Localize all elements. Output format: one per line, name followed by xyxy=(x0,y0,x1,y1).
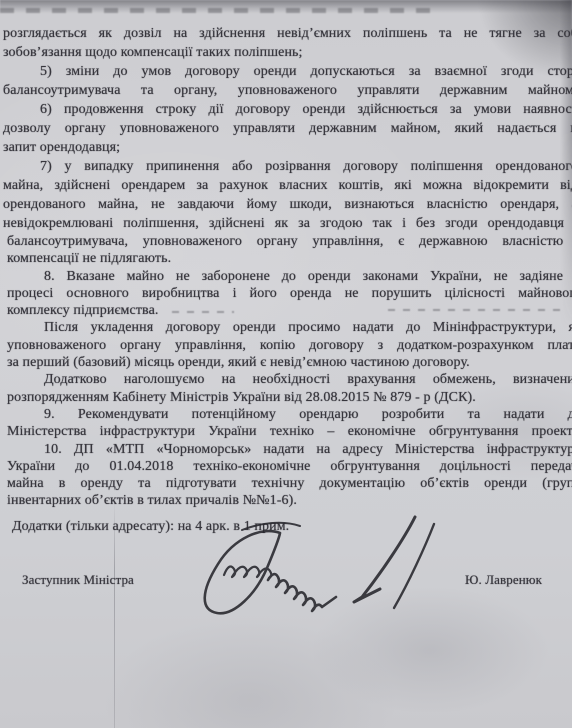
letter-paragraphs-lower: балансоутримувача, уповноваженого органу… xyxy=(0,233,572,510)
letter-paragraphs-upper: розглядається як дозвіл на здійснення не… xyxy=(0,0,572,233)
text-line: балансоутримувача та органу, уповноважен… xyxy=(3,81,572,100)
scanned-letter-page: розглядається як дозвіл на здійснення не… xyxy=(0,0,572,728)
text-line: 6) продовження строку дії договору оренд… xyxy=(3,100,572,119)
text-line: інвентарних об’єктів в тилах причалів №№… xyxy=(7,492,572,509)
text-line: за перший (базовий) місяць оренди, який … xyxy=(7,354,572,371)
signoff-row: Заступник Міністра Ю. Лавренюк xyxy=(0,572,572,588)
text-line: майна, здійснені орендарем за рахунок вл… xyxy=(3,176,572,195)
text-line: розпорядженням Кабінету Міністрів Україн… xyxy=(7,389,572,406)
text-line: комплексу підприємства. xyxy=(7,302,572,319)
text-line: майна в оренду та підготувати технічну д… xyxy=(7,475,572,492)
text-line: Міністерства інфраструктури України техн… xyxy=(7,423,572,440)
text-line: уповноваженого органу управління, копію … xyxy=(7,337,572,354)
text-line: балансоутримувача, уповноваженого органу… xyxy=(7,233,572,250)
text-line: невідокремлювані поліпшення, здійснені я… xyxy=(3,214,572,233)
text-line: запит орендодавця; xyxy=(3,138,572,157)
text-line: процесі основного виробництва і його оре… xyxy=(7,285,572,302)
text-line: 10. ДП «МТП «Чорноморськ» надати на адре… xyxy=(7,441,572,458)
text-line: Після укладення договору оренди просимо … xyxy=(7,319,572,336)
text-line: 9. Рекомендувати потенційному орендарю р… xyxy=(7,406,572,423)
signer-name: Ю. Лавренюк xyxy=(465,572,542,588)
text-line: компенсації не підлягають. xyxy=(7,250,572,267)
text-line: 7) у випадку припинення або розірвання д… xyxy=(3,157,572,176)
text-line: 5) зміни до умов договору оренди допуска… xyxy=(3,62,572,81)
signer-title: Заступник Міністра xyxy=(22,572,134,588)
text-line: орендованого майна, не завдаючи йому шко… xyxy=(3,195,572,214)
attachments-line: Додатки (тільки адресату): на 4 арк. в 1… xyxy=(12,518,572,536)
letter-body: розглядається як дозвіл на здійснення не… xyxy=(0,0,572,588)
text-line: Додатково наголошуємо на необхідності вр… xyxy=(7,371,572,388)
text-line: 8. Вказане майно не заборонене до оренди… xyxy=(7,268,572,285)
text-line: зобов’язання щодо компенсації таких полі… xyxy=(3,43,572,62)
text-line: України до 01.04.2018 техніко-економічне… xyxy=(7,458,572,475)
text-line: дозволу органу уповноваженого управляти … xyxy=(3,119,572,138)
text-line: розглядається як дозвіл на здійснення не… xyxy=(3,24,572,43)
